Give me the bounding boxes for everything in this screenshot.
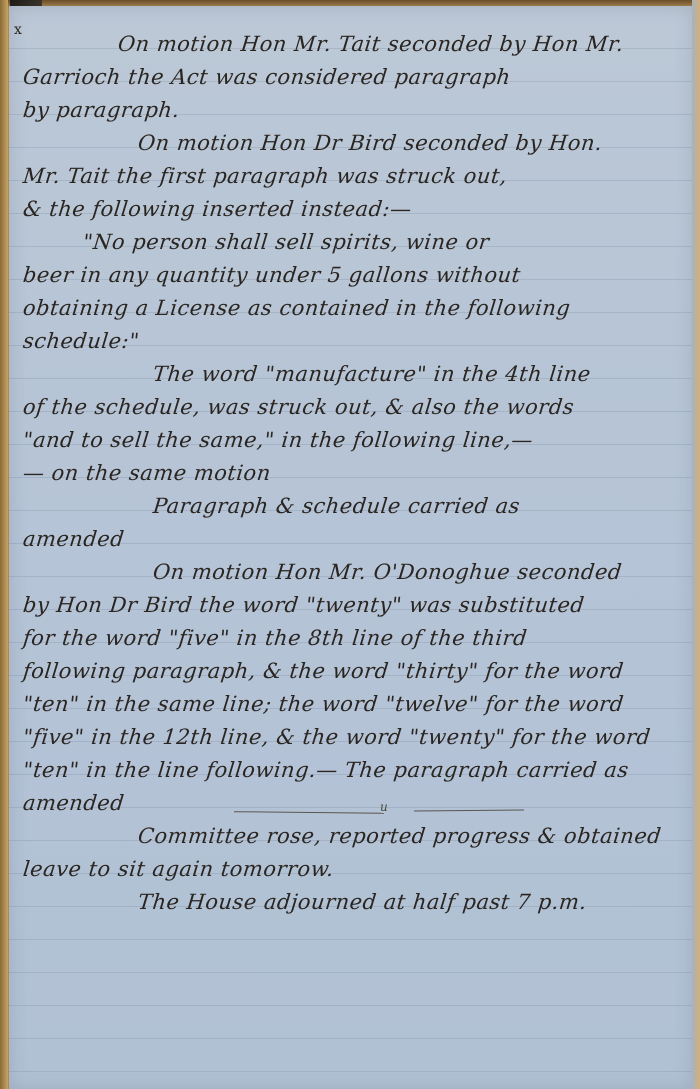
text-line: On motion Hon Mr. O'Donoghue seconded xyxy=(21,556,684,589)
rule-mark: u xyxy=(380,800,388,814)
text-line: Paragraph & schedule carried as xyxy=(21,490,684,523)
text-line: Mr. Tait the first paragraph was struck … xyxy=(21,160,684,193)
book-binding-edge xyxy=(0,0,8,1089)
text-line: On motion Hon Mr. Tait seconded by Hon M… xyxy=(21,28,684,61)
text-line: Garrioch the Act was considered paragrap… xyxy=(21,61,684,94)
text-line: "ten" in the same line; the word "twelve… xyxy=(21,688,684,721)
text-line: & the following inserted instead:— xyxy=(21,193,684,226)
text-line: leave to sit again tomorrow. xyxy=(21,853,684,886)
manuscript-page: On motion Hon Mr. Tait seconded by Hon M… xyxy=(9,6,693,1089)
text-line: by Hon Dr Bird the word "twenty" was sub… xyxy=(21,589,684,622)
text-line: "and to sell the same," in the following… xyxy=(21,424,684,457)
text-line: of the schedule, was struck out, & also … xyxy=(21,391,684,424)
text-line: schedule:" xyxy=(21,325,684,358)
section-end-rule: u xyxy=(234,806,524,818)
rule-segment-right xyxy=(414,810,524,812)
text-line: Committee rose, reported progress & obta… xyxy=(21,820,684,853)
text-line: The House adjourned at half past 7 p.m. xyxy=(21,886,684,919)
text-line: obtaining a License as contained in the … xyxy=(21,292,684,325)
text-line: by paragraph. xyxy=(21,94,684,127)
text-line: The word "manufacture" in the 4th line xyxy=(21,358,684,391)
text-line: amended xyxy=(21,523,684,556)
rule-segment-left xyxy=(234,811,384,814)
text-line: On motion Hon Dr Bird seconded by Hon. xyxy=(21,127,684,160)
text-line: for the word "five" in the 8th line of t… xyxy=(21,622,684,655)
text-line: following paragraph, & the word "thirty"… xyxy=(21,655,684,688)
text-line: "No person shall sell spirits, wine or xyxy=(21,226,684,259)
text-line: — on the same motion xyxy=(21,457,684,490)
text-line: "ten" in the line following.— The paragr… xyxy=(21,754,684,787)
text-line: beer in any quantity under 5 gallons wit… xyxy=(21,259,684,292)
text-line: "five" in the 12th line, & the word "twe… xyxy=(21,721,684,754)
manuscript-text: On motion Hon Mr. Tait seconded by Hon M… xyxy=(23,28,683,919)
page-right-edge xyxy=(692,0,700,1089)
margin-mark: x xyxy=(14,22,22,38)
